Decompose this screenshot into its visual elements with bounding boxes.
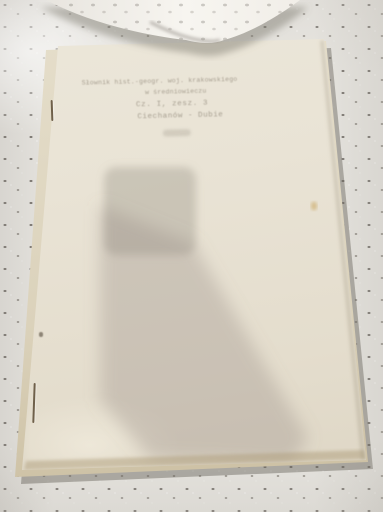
photographer-body-shadow [100,205,308,462]
paper-chip-fleck [311,202,317,211]
blanket-fold [0,0,383,75]
cover-part-issue-line: Cz. I, zesz. 3 [72,98,272,111]
photo-booklet-on-blanket: Słownik hist.-geogr. woj. krakowskiego w… [0,0,383,512]
cover-title-line1: Słownik hist.-geogr. woj. krakowskiego [59,75,259,87]
cover-title-line2: w średniowieczu [76,86,276,98]
cover-range-line: Ciechanów - Dubie [80,110,280,123]
booklet-cover: Słownik hist.-geogr. woj. krakowskiego w… [0,0,383,512]
faint-pencil-smudge [163,129,191,137]
dark-speck [39,332,43,337]
